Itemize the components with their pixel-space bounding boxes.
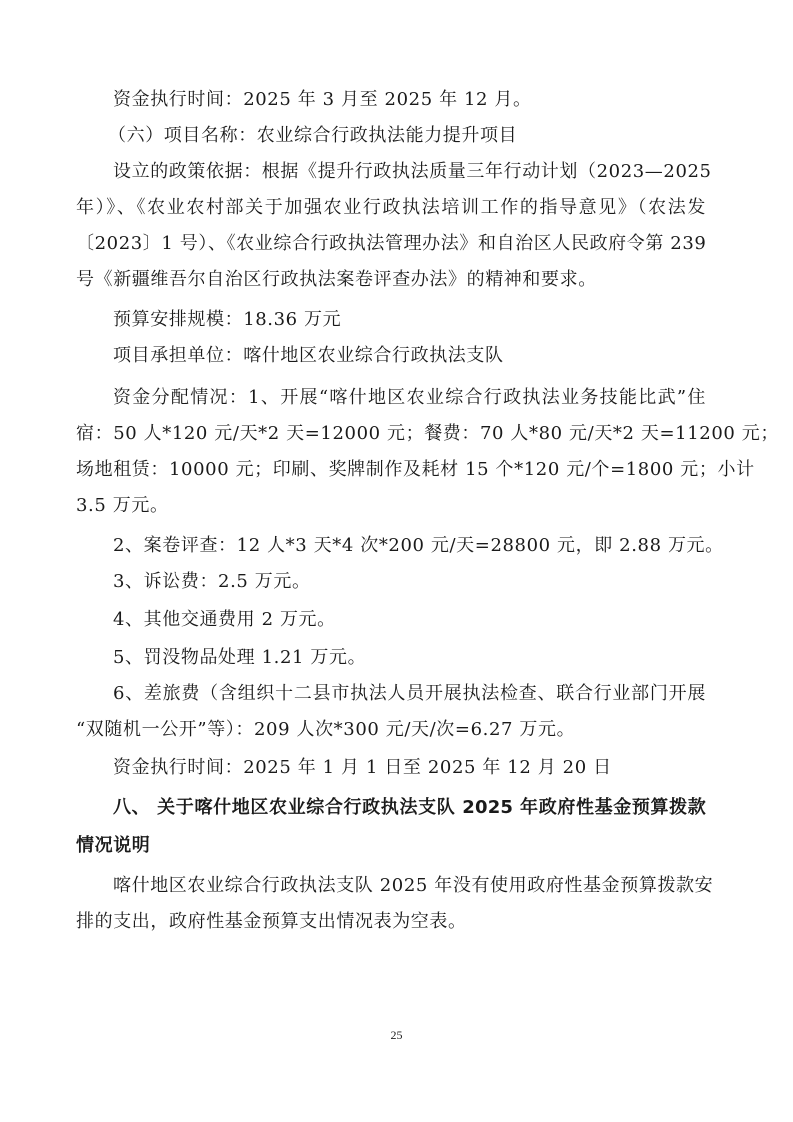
- page-number: 25: [0, 1028, 793, 1043]
- travel-expense-line-1: 6、差旅费（含组织十二县市执法人员开展执法检查、联合行业部门开展: [113, 682, 706, 706]
- transport-fee-item: 4、其他交通费用 2 万元。: [113, 608, 706, 632]
- responsible-unit: 项目承担单位：喀什地区农业综合行政执法支队: [113, 344, 706, 368]
- fund-allocation-line-4: 3.5 万元。: [76, 494, 706, 518]
- policy-basis-line-3: 〔2023〕1 号）、《农业综合行政执法管理办法》和自治区人民政府令第 239: [76, 232, 706, 256]
- section-heading-line-2: 情况说明: [76, 834, 706, 858]
- execution-time-previous: 资金执行时间：2025 年 3 月至 2025 年 12 月。: [113, 88, 706, 112]
- closing-line-1: 喀什地区农业综合行政执法支队 2025 年没有使用政府性基金预算拨款安: [113, 874, 706, 898]
- policy-basis-line-4: 号《新疆维吾尔自治区行政执法案卷评查办法》的精神和要求。: [76, 268, 706, 292]
- policy-basis-line-1: 设立的政策依据：根据《提升行政执法质量三年行动计划（2023—2025: [113, 160, 706, 184]
- closing-line-2: 排的支出，政府性基金预算支出情况表为空表。: [76, 910, 706, 934]
- fund-allocation-line-3: 场地租赁：10000 元；印刷、奖牌制作及耗材 15 个*120 元/个=180…: [76, 458, 706, 482]
- travel-expense-line-2: “双随机一公开”等）：209 人次*300 元/天/次=6.27 万元。: [76, 718, 706, 742]
- document-page: 资金执行时间：2025 年 3 月至 2025 年 12 月。 （六）项目名称：…: [0, 0, 793, 1122]
- confiscated-goods-item: 5、罚没物品处理 1.21 万元。: [113, 646, 706, 670]
- execution-time: 资金执行时间：2025 年 1 月 1 日至 2025 年 12 月 20 日: [113, 756, 706, 780]
- fund-allocation-line-1: 资金分配情况：1、开展“喀什地区农业综合行政执法业务技能比武”住: [113, 386, 706, 410]
- project-name-6: （六）项目名称：农业综合行政执法能力提升项目: [108, 124, 706, 148]
- fund-allocation-line-2: 宿：50 人*120 元/天*2 天=12000 元；餐费：70 人*80 元/…: [76, 422, 706, 446]
- section-heading-line-1: 八、 关于喀什地区农业综合行政执法支队 2025 年政府性基金预算拨款: [113, 796, 706, 820]
- case-review-item: 2、案卷评查：12 人*3 天*4 次*200 元/天=28800 元，即 2.…: [113, 534, 706, 558]
- budget-scale: 预算安排规模：18.36 万元: [113, 308, 706, 332]
- policy-basis-line-2: 年）》、《农业农村部关于加强农业行政执法培训工作的指导意见》（农法发: [76, 196, 706, 220]
- litigation-fee-item: 3、诉讼费：2.5 万元。: [113, 570, 706, 594]
